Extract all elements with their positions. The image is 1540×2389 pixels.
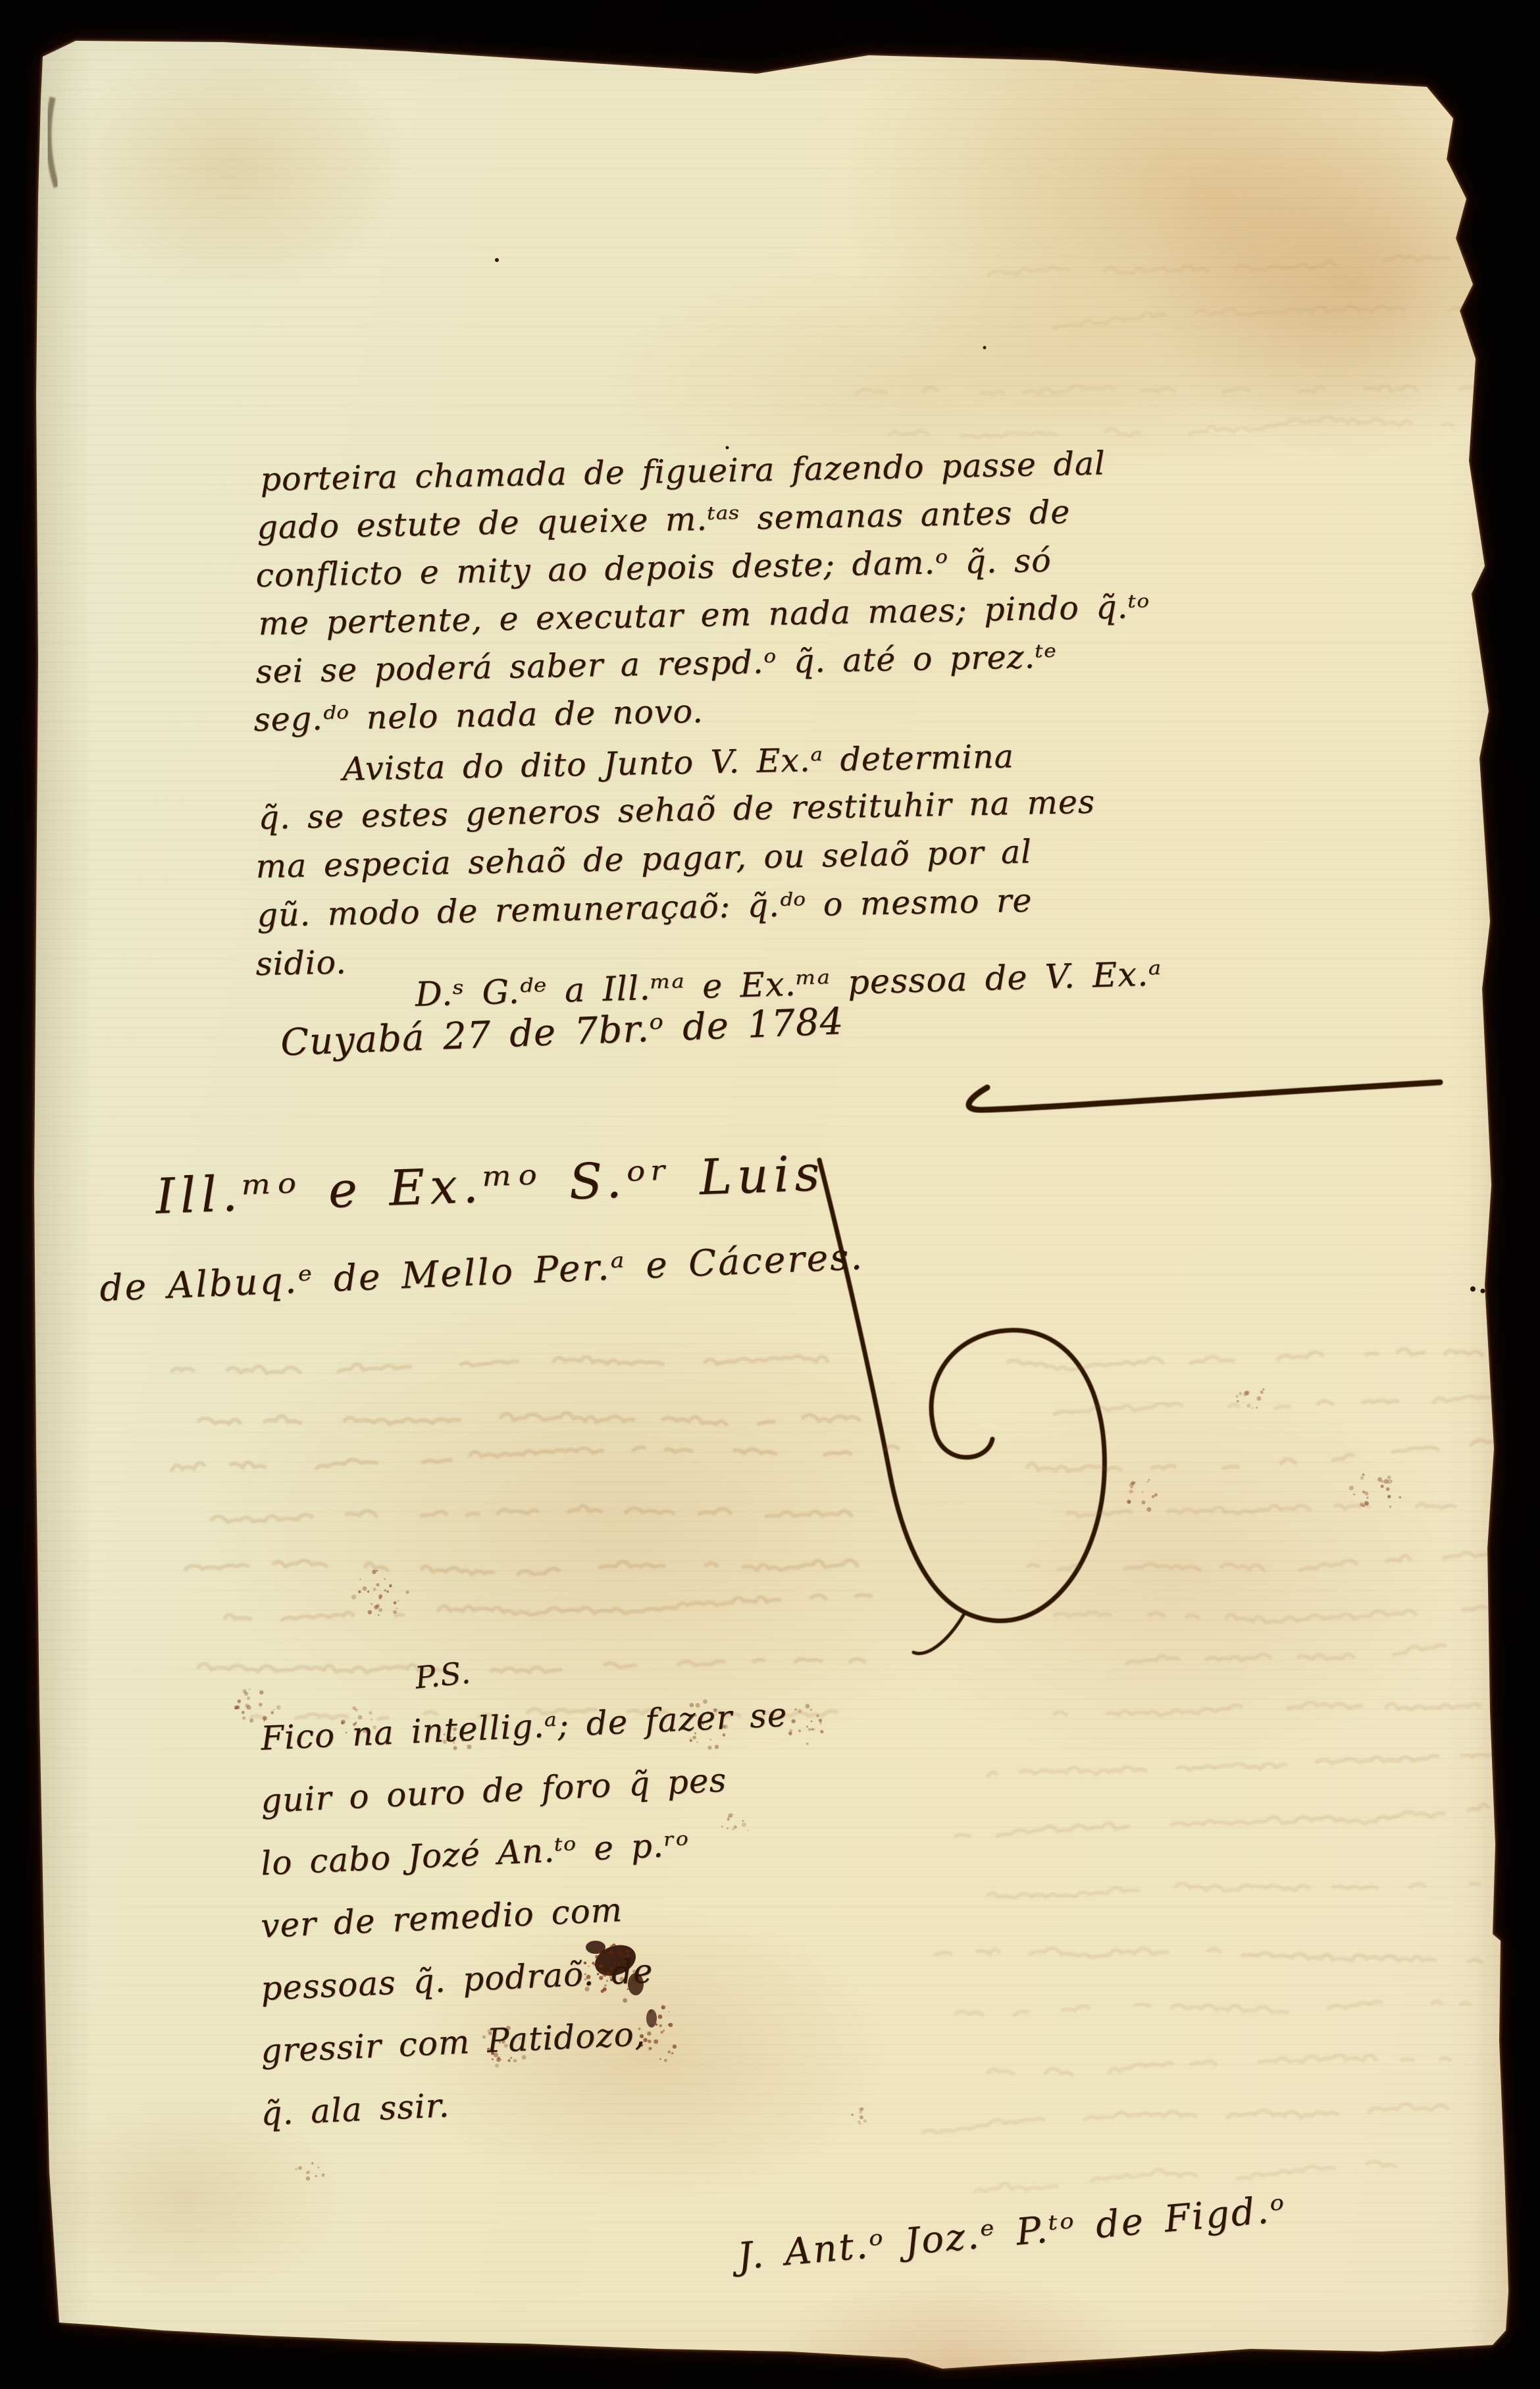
paraph-tail xyxy=(913,1613,965,1654)
body-line: sidio. xyxy=(255,943,347,983)
paper-surface: porteira chamada de figueira fazendo pas… xyxy=(0,0,1540,2389)
photo-backdrop: porteira chamada de figueira fazendo pas… xyxy=(0,0,1540,2389)
paper-sheet: porteira chamada de figueira fazendo pas… xyxy=(0,0,1540,2389)
postscript-label: P.S. xyxy=(413,1654,473,1696)
signature-paraph-flourish xyxy=(819,1160,1104,1621)
dateline-underline-flourish xyxy=(969,1082,1440,1110)
edge-smudge xyxy=(49,97,57,187)
